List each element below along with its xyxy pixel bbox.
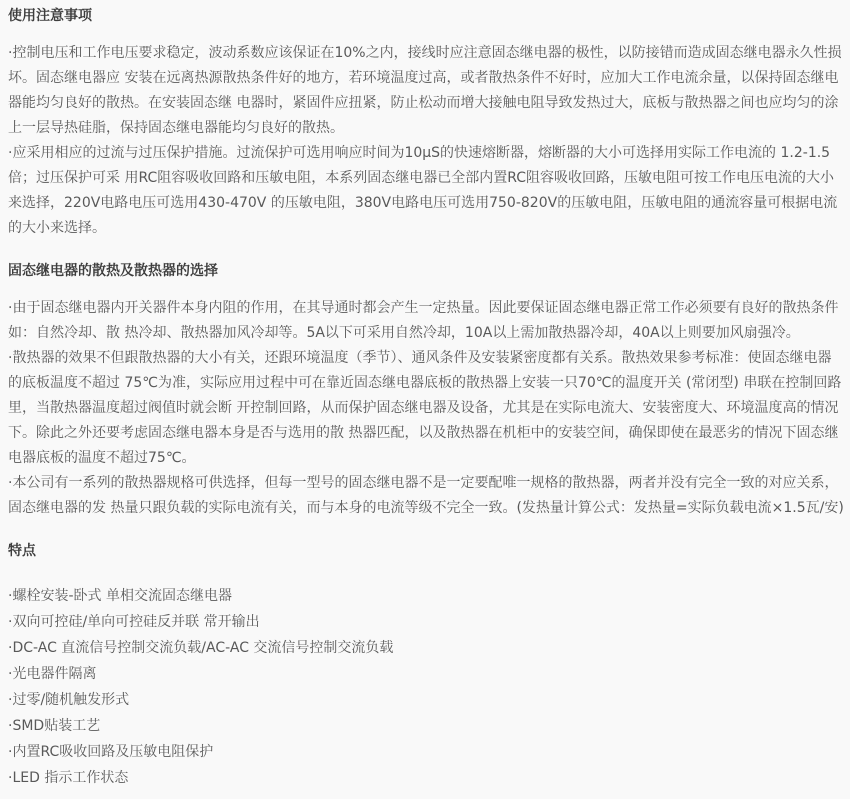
feature-item-led-indicator: ·LED 指示工作状态 [8,765,845,791]
feature-item-trigger-type: ·过零/随机触发形式 [8,687,845,713]
usage-notes-paragraph-1: ·控制电压和工作电压要求稳定，波动系数应该保证在10%之内，接线时应注意固态继电… [8,41,845,141]
feature-item-rc-varistor-protection: ·内置RC吸收回路及压敏电阻保护 [8,739,845,765]
feature-item-control-modes: ·DC-AC 直流信号控制交流负载/AC-AC 交流信号控制交流负载 [8,635,845,661]
heat-dissipation-paragraph-2: ·散热器的效果不但跟散热器的大小有关，还跟环境温度（季节）、通风条件及安装紧密度… [8,346,845,471]
feature-item-thyristor-output: ·双向可控硅/单向可控硅反并联 常开输出 [8,609,845,635]
section-features: 特点 ·螺栓安装-卧式 单相交流固态继电器 ·双向可控硅/单向可控硅反并联 常开… [8,541,845,791]
heat-dissipation-paragraph-3: ·本公司有一系列的散热器规格可供选择，但每一型号的固态继电器不是一定要配唯一规格… [8,471,845,521]
heat-dissipation-paragraph-1: ·由于固态继电器内开关器件本身内阻的作用，在其导通时都会产生一定热量。因此要保证… [8,296,845,346]
feature-item-smd-process: ·SMD贴装工艺 [8,713,845,739]
section-heat-dissipation: 固态继电器的散热及散热器的选择 ·由于固态继电器内开关器件本身内阻的作用，在其导… [8,261,845,521]
usage-notes-heading: 使用注意事项 [8,6,845,26]
feature-item-mounting: ·螺栓安装-卧式 单相交流固态继电器 [8,583,845,609]
document-page: 使用注意事项 ·控制电压和工作电压要求稳定，波动系数应该保证在10%之内，接线时… [0,0,850,799]
heat-dissipation-heading: 固态继电器的散热及散热器的选择 [8,261,845,281]
features-heading: 特点 [8,541,845,561]
feature-item-optical-isolation: ·光电器件隔离 [8,661,845,687]
feature-list: ·螺栓安装-卧式 单相交流固态继电器 ·双向可控硅/单向可控硅反并联 常开输出 … [8,583,845,791]
section-usage-notes: 使用注意事项 ·控制电压和工作电压要求稳定，波动系数应该保证在10%之内，接线时… [8,6,845,241]
usage-notes-paragraph-2: ·应采用相应的过流与过压保护措施。过流保护可选用响应时间为10μS的快速熔断器，… [8,141,845,241]
